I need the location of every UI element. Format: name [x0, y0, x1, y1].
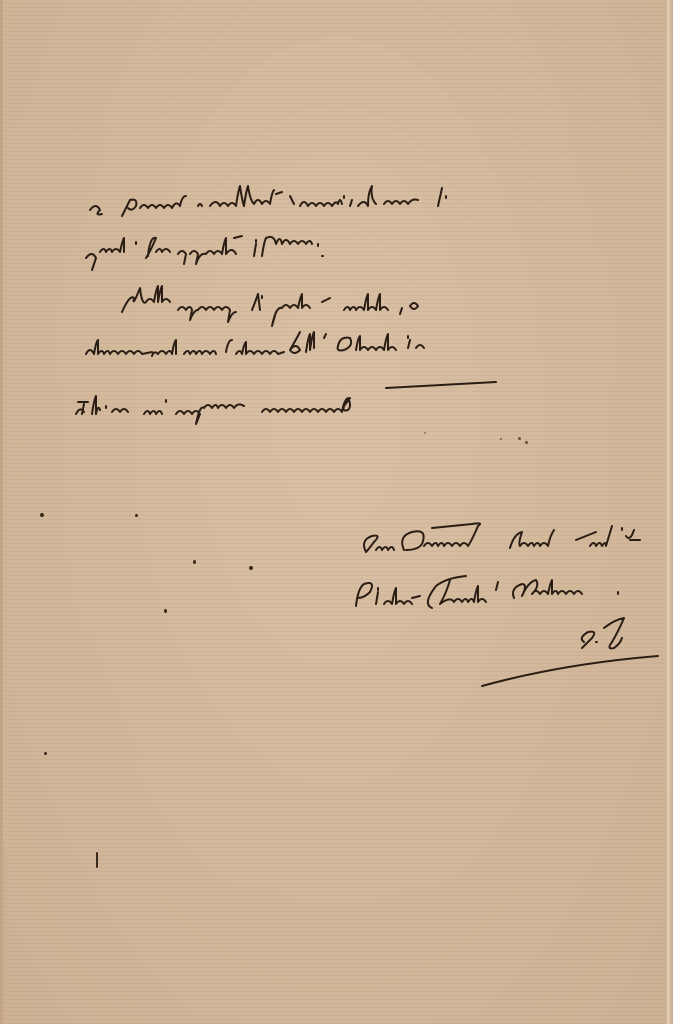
letter-page: e parecchi eccellenti amici, ed uno di q…: [0, 0, 673, 1024]
ink-spot: [249, 566, 253, 570]
ink-spot: [424, 432, 426, 434]
ink-spot: [44, 752, 47, 755]
ink-spot: [135, 514, 138, 517]
ink-spot: [525, 441, 528, 444]
ink-spot: [40, 513, 44, 517]
ink-spot: [500, 438, 502, 440]
ink-spot: [518, 437, 521, 440]
ink-spot: [164, 609, 167, 613]
ink-mark: [96, 852, 98, 868]
handwriting-ink: [0, 0, 673, 1024]
ink-spot: [193, 560, 196, 564]
